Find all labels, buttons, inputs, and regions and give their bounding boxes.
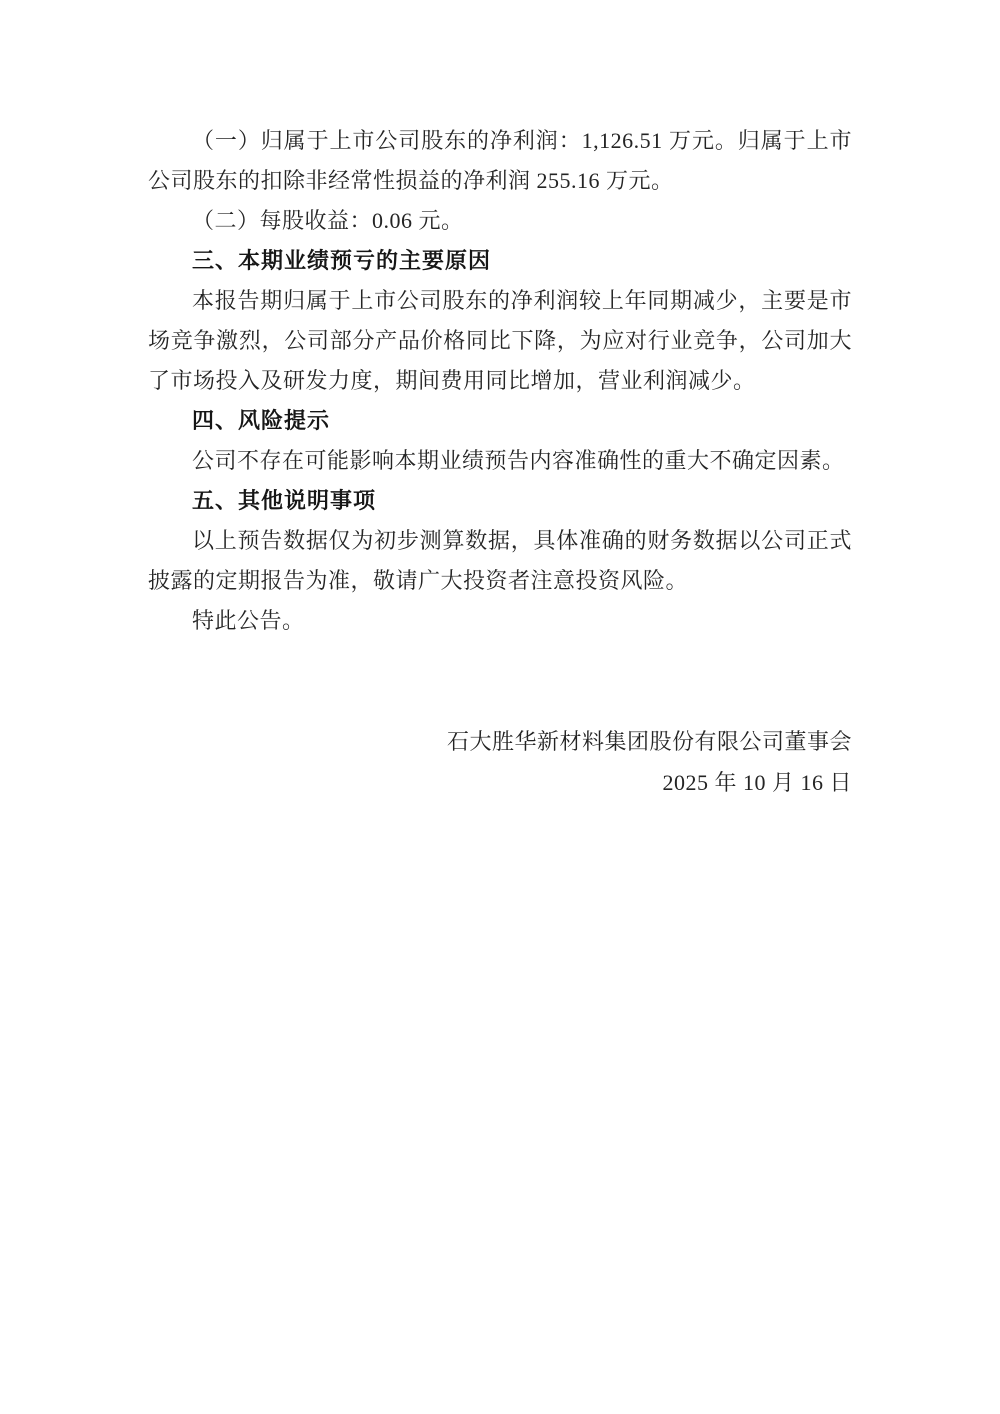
section-heading-loss-reasons: 三、本期业绩预亏的主要原因 [148,241,852,281]
section-heading-other-notes: 五、其他说明事项 [148,481,852,521]
paragraph-risk-notice: 公司不存在可能影响本期业绩预告内容准确性的重大不确定因素。 [148,441,852,481]
signature-block: 石大胜华新材料集团股份有限公司董事会 2025 年 10 月 16 日 [148,721,852,803]
paragraph-hereby-announced: 特此公告。 [148,601,852,641]
signature-company-line: 石大胜华新材料集团股份有限公司董事会 [148,721,852,762]
paragraph-loss-reasons: 本报告期归属于上市公司股东的净利润较上年同期减少，主要是市场竞争激烈，公司部分产… [148,281,852,401]
section-heading-risk-notice: 四、风险提示 [148,401,852,441]
paragraph-net-profit-item: （一）归属于上市公司股东的净利润：1,126.51 万元。归属于上市公司股东的扣… [148,121,852,201]
announcement-page: （一）归属于上市公司股东的净利润：1,126.51 万元。归属于上市公司股东的扣… [0,0,1000,1414]
paragraph-eps-item: （二）每股收益：0.06 元。 [148,201,852,241]
paragraph-other-notes: 以上预告数据仅为初步测算数据，具体准确的财务数据以公司正式披露的定期报告为准，敬… [148,521,852,601]
signature-date-line: 2025 年 10 月 16 日 [148,762,852,803]
